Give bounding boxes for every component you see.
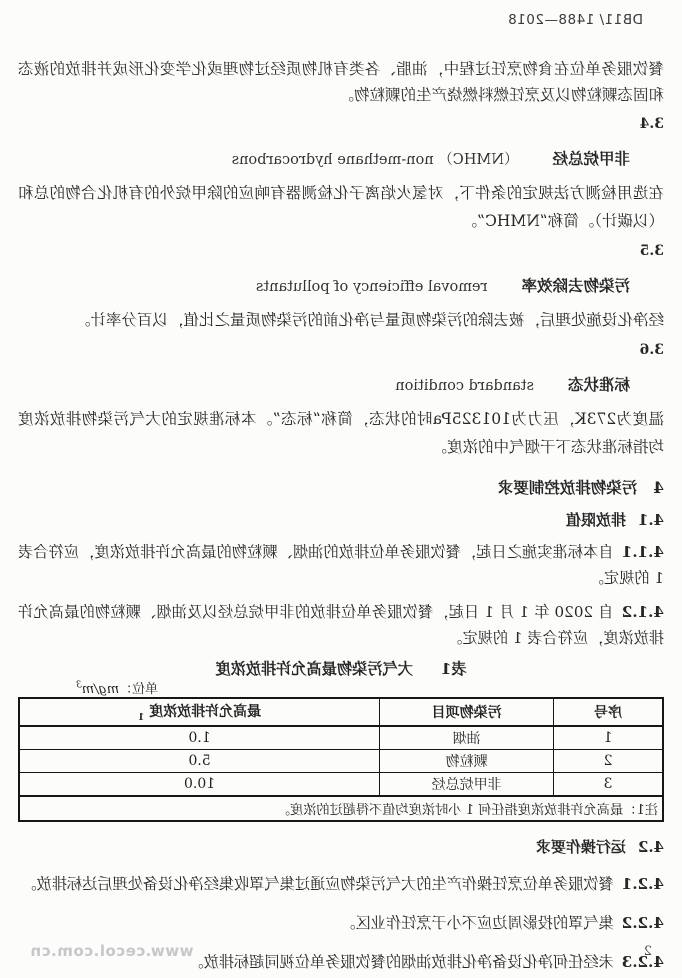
table-note: 注1：最高允许排放浓度指任何 1 小时浓度均值不得超过的浓度。 [19, 796, 663, 821]
table-1-title: 表1大气污染物最高允许排放浓度 [18, 658, 664, 677]
term-chinese: 非甲烷总烃 [552, 149, 630, 168]
clause-text: 自 2020 年 1 月 1 日起，餐饮服务单位排放的非甲烷总烃以及油烟、颗粒物… [18, 603, 664, 647]
subsection-4-2-heading: 4.2运行操作要求 [18, 836, 664, 856]
term-chinese: 标准状态 [568, 375, 630, 394]
cell-pollutant: 非甲烷总烃 [380, 773, 554, 797]
definition-text: 在选用检测方法规定的条件下，对氢火焰离子化检测器有响应的除甲烷外的有机化合物的总… [18, 179, 664, 235]
cell-pollutant: 油烟 [380, 726, 554, 750]
cell-limit: 1.0 [19, 726, 380, 750]
clause-text: 餐饮服务单位烹饪操作产生的大气污染物应通过集气罩收集经净化设备处理后达标排放。 [21, 875, 613, 893]
chapter-4-heading: 4污染物排放控制要求 [18, 476, 664, 496]
section-number: 3.4 [18, 116, 664, 134]
unit-value: mg/m [82, 682, 119, 697]
intro-paragraph: 餐饮服务单位在食物烹饪过程中，油脂、各类有机物质经过物理或化学变化形成并排放的液… [18, 56, 664, 108]
cell-pollutant: 颗粒物 [380, 750, 554, 773]
clause-number: 4.2.1 [622, 875, 664, 893]
table-row: 3 非甲烷总烃 10.0 [19, 773, 663, 797]
term-line: 污染物去除效率removal efficiency of pollutants [18, 274, 630, 295]
emission-limits-table: 序号 污染物项目 最高允许排放浓度 1 1 油烟 1.0 2 颗粒物 5.0 [18, 697, 664, 822]
clause-4-2-2: 4.2.2集气罩的投影周边应不小于烹饪作业区。 [18, 910, 664, 936]
chapter-number: 4 [653, 478, 664, 497]
clause-4-1-1: 4.1.1自本标准实施之日起，餐饮服务单位排放的油烟、颗粒物的最高允许排放浓度，… [18, 539, 664, 591]
term-english: removal efficiency of pollutants [256, 279, 488, 295]
chapter-title: 污染物排放控制要求 [498, 478, 638, 497]
table-header-row: 序号 污染物项目 最高允许排放浓度 1 [19, 698, 663, 726]
table-label: 表1 [441, 660, 467, 678]
section-3-6: 3.6 标准状态standard condition 温度为273K，压力为10… [18, 342, 664, 461]
table-title-text: 大气污染物最高允许排放浓度 [215, 660, 412, 678]
section-number: 3.5 [18, 243, 664, 261]
section-3-4: 3.4 非甲烷总烃（NMHC） non-methane hydrocarbons… [18, 116, 664, 235]
table-row: 2 颗粒物 5.0 [19, 750, 663, 773]
term-line: 标准状态standard condition [18, 373, 630, 394]
clause-number: 4.1.1 [622, 543, 664, 561]
clause-4-1-2: 4.1.2自 2020 年 1 月 1 日起，餐饮服务单位排放的非甲烷总烃以及油… [18, 599, 664, 651]
subsection-number: 4.1 [638, 511, 664, 529]
mirrored-scan-wrapper: DB11/ 1488—2018 餐饮服务单位在食物烹饪过程中，油脂、各类有机物质… [0, 0, 682, 978]
clause-text: 自本标准实施之日起，餐饮服务单位排放的油烟、颗粒物的最高允许排放浓度，应符合表 … [18, 543, 664, 587]
subsection-number: 4.2 [638, 838, 664, 856]
page-number: 2 [644, 944, 652, 959]
term-chinese: 污染物去除效率 [521, 276, 630, 295]
table-unit-line: 单位：mg/m3 [18, 678, 664, 695]
watermark-text: www.cecol.com.cn [30, 942, 194, 960]
clause-number: 4.1.2 [622, 603, 664, 621]
page-content: DB11/ 1488—2018 餐饮服务单位在食物烹饪过程中，油脂、各类有机物质… [0, 0, 682, 975]
note-reference: 1 [138, 713, 144, 723]
cell-index: 1 [554, 726, 663, 750]
cell-limit: 5.0 [19, 750, 380, 773]
col-header-index: 序号 [554, 698, 663, 726]
term-english: standard condition [395, 378, 534, 394]
subsection-4-1-heading: 4.1排放限值 [18, 509, 664, 529]
unit-superscript: 3 [76, 681, 82, 691]
document-page: DB11/ 1488—2018 餐饮服务单位在食物烹饪过程中，油脂、各类有机物质… [0, 0, 682, 978]
cell-index: 3 [554, 773, 663, 797]
section-3-5: 3.5 污染物去除效率removal efficiency of polluta… [18, 243, 664, 334]
term-line: 非甲烷总烃（NMHC） non-methane hydrocarbons [18, 147, 630, 168]
col-header-pollutant: 污染物项目 [380, 698, 554, 726]
subsection-title: 排放限值 [566, 511, 626, 529]
col-header-limit: 最高允许排放浓度 1 [19, 698, 380, 726]
clause-text: 未经任何净化设备净化排放油烟的餐饮服务单位视同超标排放。 [188, 953, 613, 971]
clause-text: 集气罩的投影周边应不小于烹饪作业区。 [340, 914, 613, 932]
unit-label: 单位： [119, 682, 158, 697]
subsection-title: 运行操作要求 [536, 838, 626, 856]
table-note-row: 注1：最高允许排放浓度指任何 1 小时浓度均值不得超过的浓度。 [19, 796, 663, 821]
clause-4-2-1: 4.2.1餐饮服务单位烹饪操作产生的大气污染物应通过集气罩收集经净化设备处理后达… [18, 871, 664, 897]
standard-number-header: DB11/ 1488—2018 [18, 12, 643, 30]
definition-text: 经净化设施处理后，被去除的污染物质量与净化前的污染物质量之比值，以百分率计。 [18, 306, 664, 334]
clause-number: 4.2.2 [622, 914, 664, 932]
cell-index: 2 [554, 750, 663, 773]
definition-text: 温度为273K，压力为101325Pa时的状态，简称“标态”。本标准规定的大气污… [18, 405, 664, 461]
cell-limit: 10.0 [19, 773, 380, 797]
section-number: 3.6 [18, 342, 664, 360]
term-english: （NMHC） non-methane hydrocarbons [232, 152, 519, 168]
table-row: 1 油烟 1.0 [19, 726, 663, 750]
